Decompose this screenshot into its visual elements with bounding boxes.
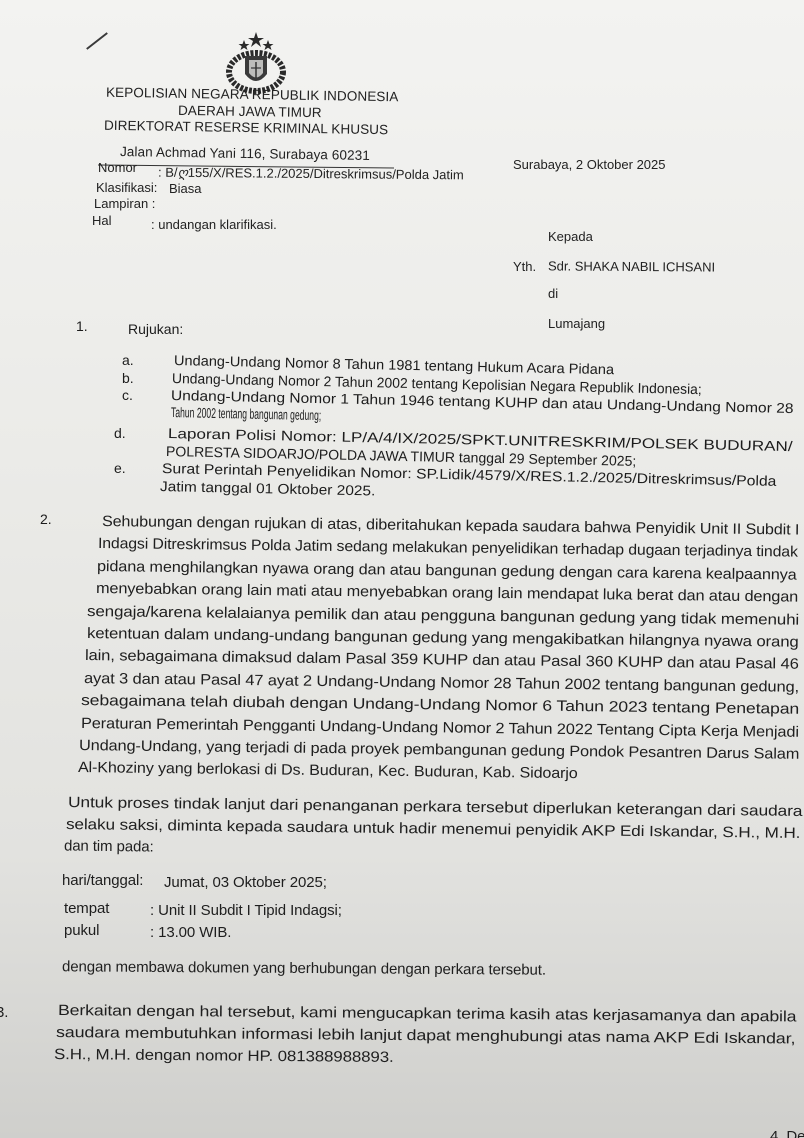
schedule-tempat-label: tempat xyxy=(64,900,109,917)
followup-line: selaku saksi, diminta kepada saudara unt… xyxy=(66,816,801,842)
letterhead-line1: KEPOLISIAN NEGARA REPUBLIK INDONESIA xyxy=(106,85,399,105)
paragraph-line: ketentuan dalam undang-undang bangunan g… xyxy=(87,625,799,651)
lampiran-label: Lampiran : xyxy=(94,196,155,211)
nomor-value: : B/ღ155/X/RES.1.2./2025/Ditreskrimsus/P… xyxy=(158,165,464,184)
schedule-hari-value: Jumat, 03 Oktober 2025; xyxy=(164,874,327,891)
paragraph-line: Peraturan Pemerintah Pengganti Undang-Un… xyxy=(81,715,799,741)
reference-letter: e. xyxy=(114,460,126,476)
reference-letter: a. xyxy=(122,352,134,368)
letterhead-address: Jalan Achmad Yani 116, Surabaya 60231 xyxy=(120,144,370,163)
letter-page: KEPOLISIAN NEGARA REPUBLIK INDONESIA DAE… xyxy=(0,0,804,1138)
schedule-pukul-label: pukul xyxy=(64,922,99,939)
paragraph-line: sengaja/karena kelalaianya pemilik dan a… xyxy=(87,603,799,629)
reference-item-line: Jatim tanggal 01 Oktober 2025. xyxy=(160,478,376,499)
section3-line: saudara membutuhkan informasi lebih lanj… xyxy=(56,1024,796,1047)
footer-fragment: 4. Demiki xyxy=(770,1128,804,1138)
paragraph-line: Al-Khoziny yang berlokasi di Ds. Buduran… xyxy=(78,759,578,782)
hal-value: : undangan klarifikasi. xyxy=(151,217,277,232)
followup-line: Untuk proses tindak lanjut dari penangan… xyxy=(68,794,803,820)
recipient-kepada: Kepada xyxy=(548,229,593,244)
recipient-yth: Yth. xyxy=(513,259,536,274)
paragraph-line: sebagaimana telah diubah dengan Undang-U… xyxy=(81,692,799,718)
section1-title: Rujukan: xyxy=(128,321,183,337)
date-line: Surabaya, 2 Oktober 2025 xyxy=(513,157,666,172)
letterhead-line3: DIREKTORAT RESERSE KRIMINAL KHUSUS xyxy=(104,118,388,137)
letterhead-line2: DAERAH JAWA TIMUR xyxy=(178,103,322,120)
recipient-di: di xyxy=(548,286,558,301)
paragraph-line: Undang-Undang, yang terjadi di pada proy… xyxy=(79,737,799,763)
nomor-label: Nomor xyxy=(98,160,137,175)
paragraph-line: menyebabkan orang lain mati atau menyeba… xyxy=(96,580,798,606)
hal-label: Hal xyxy=(92,213,112,228)
paragraph-line: lain, sebagaimana dimaksud dalam Pasal 3… xyxy=(85,647,799,673)
paragraph-line: Sehubungan dengan rujukan di atas, diber… xyxy=(102,513,799,539)
section3-number: 3. xyxy=(0,1004,8,1021)
schedule-pukul-value: : 13.00 WIB. xyxy=(150,924,231,941)
reference-letter: d. xyxy=(114,425,126,441)
recipient-city: Lumajang xyxy=(548,316,605,331)
recipient-name: Sdr. SHAKA NABIL ICHSANI xyxy=(548,258,715,274)
pencil-mark xyxy=(86,32,108,50)
schedule-hari-label: hari/tanggal: xyxy=(62,872,143,889)
reference-letter: c. xyxy=(122,387,133,403)
section2-number: 2. xyxy=(40,511,52,527)
followup-line: dan tim pada: xyxy=(64,837,154,855)
section1-number: 1. xyxy=(76,318,88,334)
paragraph-line: Indagsi Ditreskrimsus Polda Jatim sedang… xyxy=(98,535,798,561)
schedule-tempat-value: : Unit II Subdit I Tipid Indagsi; xyxy=(150,902,342,919)
reference-item-line: Tahun 2002 tentang bangunan gedung; xyxy=(171,404,322,423)
police-crest-icon xyxy=(226,30,286,94)
paragraph-line: pidana menghilangkan nyawa orang dan ata… xyxy=(97,558,797,584)
klasifikasi-value: Biasa xyxy=(169,181,202,196)
section3-line: Berkaitan dengan hal tersebut, kami meng… xyxy=(58,1002,797,1025)
section3-line: S.H., M.H. dengan nomor HP. 081388988893… xyxy=(54,1046,394,1066)
paragraph-line: ayat 3 dan atau Pasal 47 ayat 2 Undang-U… xyxy=(84,670,799,696)
reference-letter: b. xyxy=(122,370,134,386)
section2-closing: dengan membawa dokumen yang berhubungan … xyxy=(62,958,546,978)
klasifikasi-label: Klasifikasi: xyxy=(96,180,157,195)
